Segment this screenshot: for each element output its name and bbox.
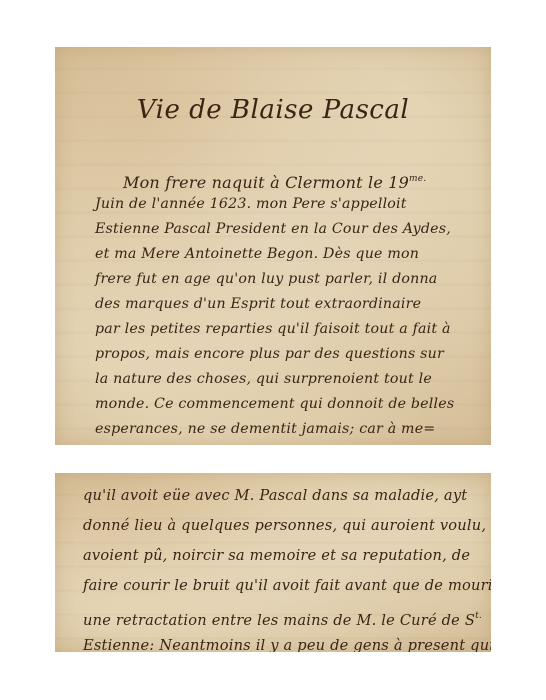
manuscript-line: par les petites reparties qu'il faisoit … xyxy=(55,317,491,342)
manuscript-line: et ma Mere Antoinette Begon. Dès que mon xyxy=(55,242,491,267)
line-text: une retractation entre les mains de M. l… xyxy=(83,612,475,629)
manuscript-line: monde. Ce commencement qui donnoit de be… xyxy=(55,392,491,417)
manuscript-page-top: Vie de Blaise Pascal Mon frere naquit à … xyxy=(55,47,491,445)
superscript: me. xyxy=(409,174,426,184)
manuscript-line: frere fut en age qu'on luy pust parler, … xyxy=(55,267,491,292)
manuscript-line: qu'il avoit eüe avec M. Pascal dans sa m… xyxy=(55,481,491,511)
manuscript-line: Mon frere naquit à Clermont le 19me. xyxy=(55,167,491,192)
manuscript-line: sure qu'il croissoit, il augmentoit touj… xyxy=(55,442,491,445)
manuscript-line: avoient pû, noircir sa memoire et sa rep… xyxy=(55,541,491,571)
manuscript-line: des marques d'un Esprit tout extraordina… xyxy=(55,292,491,317)
manuscript-title: Vie de Blaise Pascal xyxy=(55,95,491,125)
manuscript-line: propos, mais encore plus par des questio… xyxy=(55,342,491,367)
manuscript-line: donné lieu à quelques personnes, qui aur… xyxy=(55,511,491,541)
line-text: Mon frere naquit à Clermont le 19 xyxy=(123,173,409,192)
manuscript-text-bottom: qu'il avoit eüe avec M. Pascal dans sa m… xyxy=(55,481,491,652)
manuscript-line: Estienne Pascal President en la Cour des… xyxy=(55,217,491,242)
superscript: t. xyxy=(475,611,482,621)
manuscript-line: faire courir le bruit qu'il avoit fait a… xyxy=(55,571,491,601)
manuscript-line: Estienne: Neantmoins il y a peu de gens … xyxy=(55,631,491,652)
manuscript-line: une retractation entre les mains de M. l… xyxy=(55,601,491,631)
manuscript-page-bottom: qu'il avoit eüe avec M. Pascal dans sa m… xyxy=(55,473,491,652)
manuscript-text-top: Mon frere naquit à Clermont le 19me. Jui… xyxy=(55,167,491,445)
manuscript-line: la nature des choses, qui surprenoient t… xyxy=(55,367,491,392)
manuscript-line: Juin de l'année 1623. mon Pere s'appello… xyxy=(55,192,491,217)
manuscript-line: esperances, ne se dementit jamais; car à… xyxy=(55,417,491,442)
